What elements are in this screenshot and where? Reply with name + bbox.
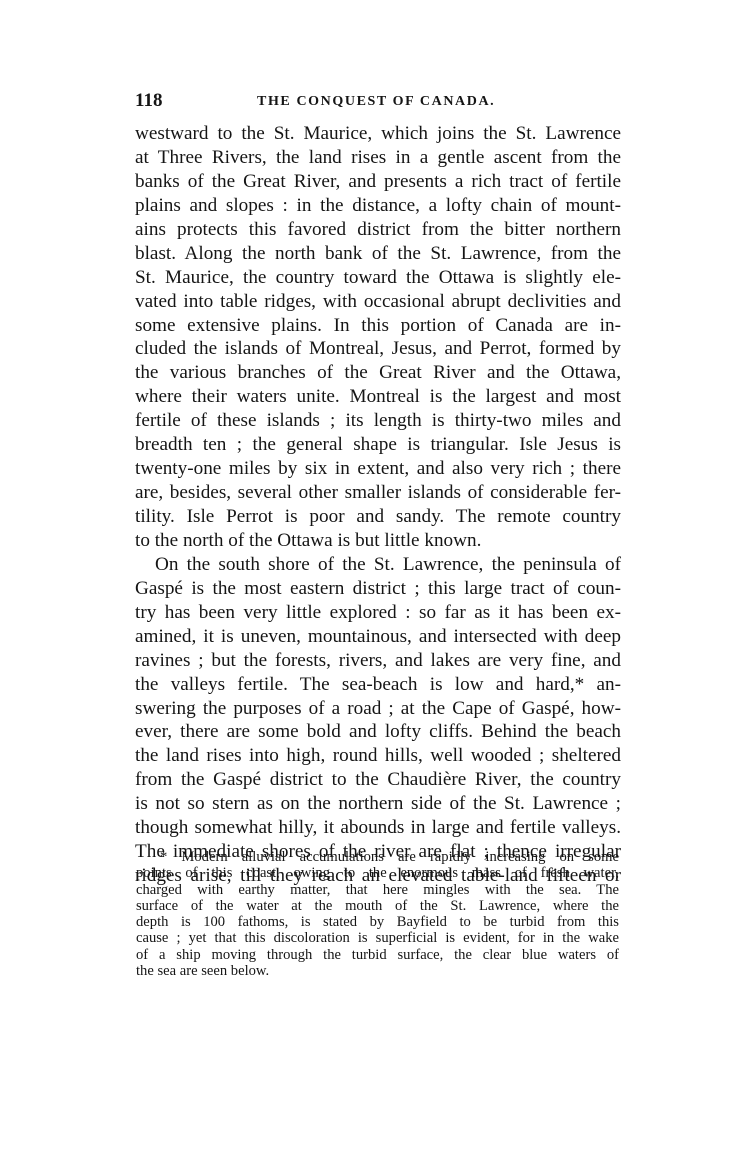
text-line: blast. Along the north bank of the St. L…: [135, 242, 621, 266]
text-line: is not so stern as on the northern side …: [135, 792, 621, 816]
body-text: westward to the St. Maurice, which joins…: [135, 122, 621, 888]
text-line: amined, it is uneven, mountainous, and i…: [135, 625, 621, 649]
page-header: 118 THE CONQUEST OF CANADA.: [135, 90, 620, 112]
text-line: twenty-one miles by six in extent, and a…: [135, 457, 621, 481]
footnote-line: surface of the water at the mouth of the…: [136, 898, 619, 914]
text-line: are, besides, several other smaller isla…: [135, 481, 621, 505]
footnote: * Modern alluvial accumulations are rapi…: [136, 849, 619, 979]
footnote-line: the sea are seen below.: [136, 963, 619, 979]
footnote-line: charged with earthy matter, that here mi…: [136, 882, 619, 898]
text-line: cluded the islands of Montreal, Jesus, a…: [135, 337, 621, 361]
footnote-line: points of this coast, owing to the enorm…: [136, 865, 619, 881]
text-line: vated into table ridges, with occasional…: [135, 290, 621, 314]
text-line: at Three Rivers, the land rises in a gen…: [135, 146, 621, 170]
text-line: ravines ; but the forests, rivers, and l…: [135, 649, 621, 673]
text-line: try has been very little explored : so f…: [135, 601, 621, 625]
text-line: tility. Isle Perrot is poor and sandy. T…: [135, 505, 621, 529]
text-line: fertile of these islands ; its length is…: [135, 409, 621, 433]
text-line: where their waters unite. Montreal is th…: [135, 385, 621, 409]
text-line: westward to the St. Maurice, which joins…: [135, 122, 621, 146]
footnote-line: cause ; yet that this discoloration is s…: [136, 930, 619, 946]
text-line: Gaspé is the most eastern district ; thi…: [135, 577, 621, 601]
text-line: to the north of the Ottawa is but little…: [135, 529, 621, 553]
book-page: 118 THE CONQUEST OF CANADA. westward to …: [0, 0, 744, 1162]
footnote-line: of a ship moving through the turbid surf…: [136, 947, 619, 963]
text-line: banks of the Great River, and presents a…: [135, 170, 621, 194]
text-line: swering the purposes of a road ; at the …: [135, 697, 621, 721]
footnote-line: depth is 100 fathoms, is stated by Bayfi…: [136, 914, 619, 930]
text-line: plains and slopes : in the distance, a l…: [135, 194, 621, 218]
page-number: 118: [135, 90, 162, 112]
paragraph-start-line: On the south shore of the St. Lawrence, …: [135, 553, 621, 577]
text-line: though somewhat hilly, it abounds in lar…: [135, 816, 621, 840]
text-line: from the Gaspé district to the Chaudière…: [135, 768, 621, 792]
text-line: the land rises into high, round hills, w…: [135, 744, 621, 768]
text-line: the valleys fertile. The sea-beach is lo…: [135, 673, 621, 697]
text-line: breadth ten ; the general shape is trian…: [135, 433, 621, 457]
text-line: St. Maurice, the country toward the Otta…: [135, 266, 621, 290]
running-title: THE CONQUEST OF CANADA.: [257, 94, 495, 110]
text-line: the various branches of the Great River …: [135, 361, 621, 385]
text-line: ains protects this favored district from…: [135, 218, 621, 242]
text-line: some extensive plains. In this portion o…: [135, 314, 621, 338]
text-line: ever, there are some bold and lofty clif…: [135, 720, 621, 744]
footnote-line: * Modern alluvial accumulations are rapi…: [136, 849, 619, 865]
